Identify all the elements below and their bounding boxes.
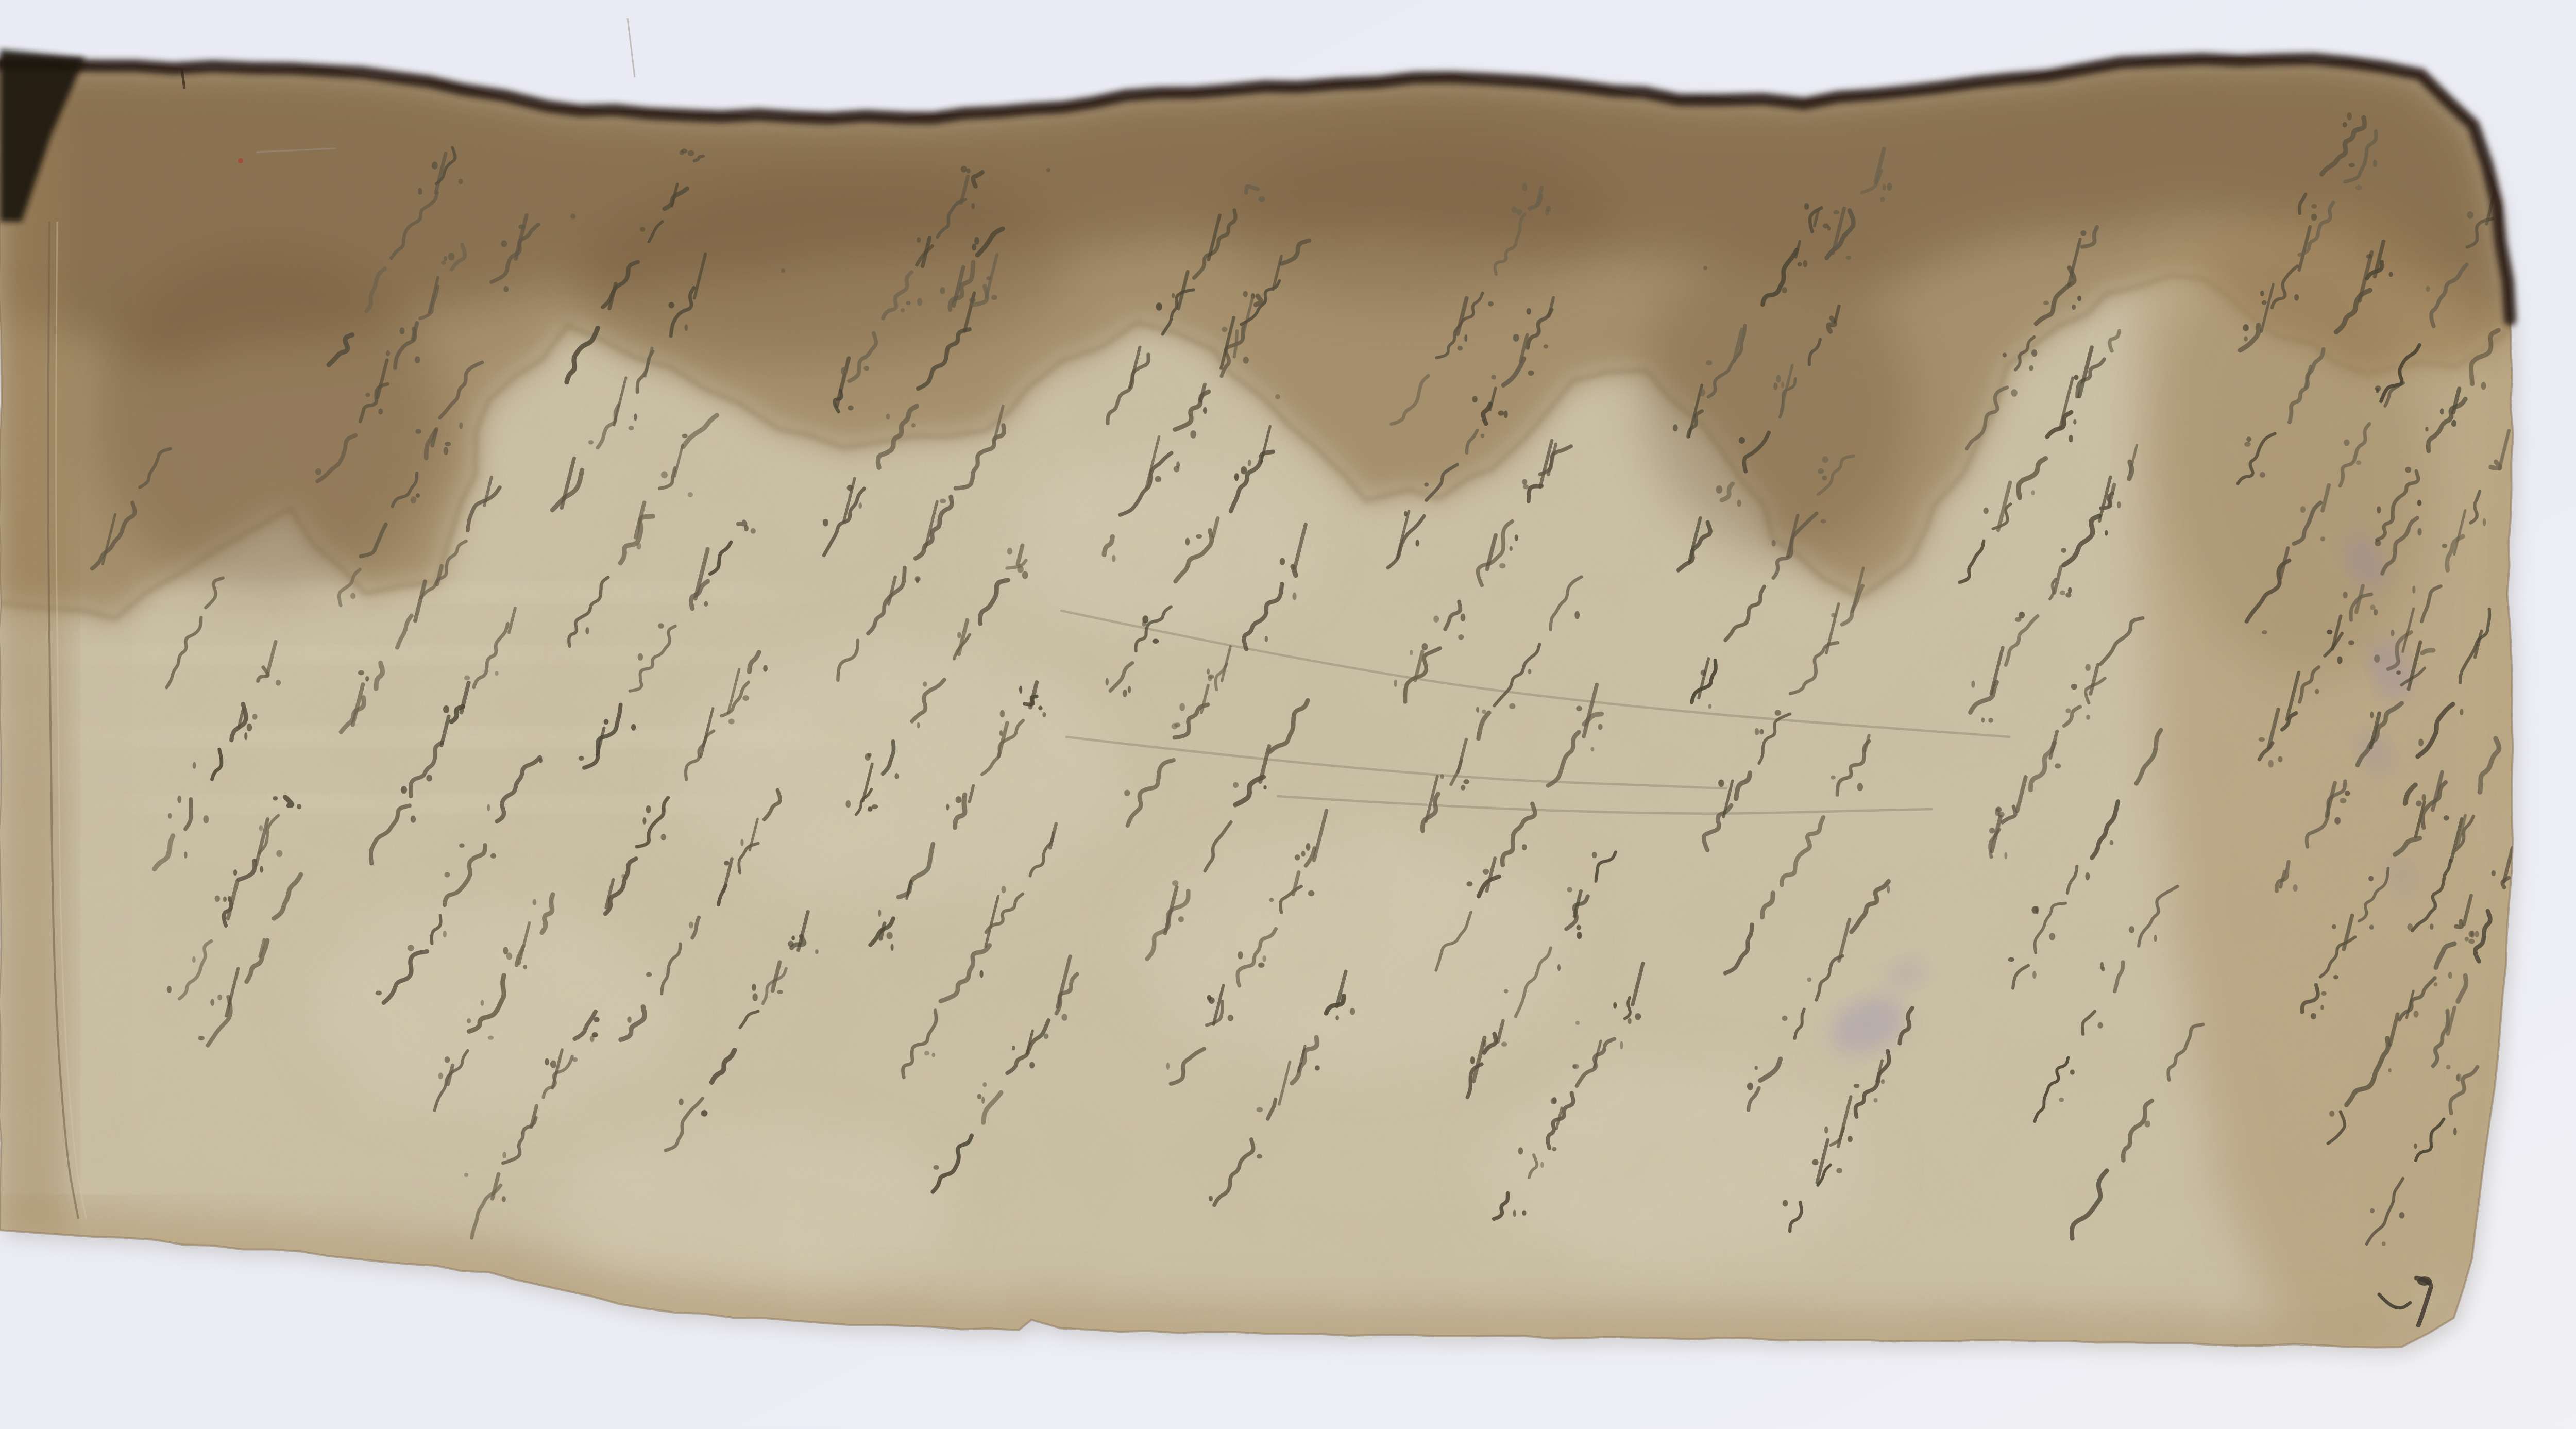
manuscript-scan-image: Scanned page of an aged handwritten manu… — [0, 0, 2576, 1429]
paper-grain-overlay — [0, 0, 2576, 1429]
page-content-clip — [0, 0, 2576, 1429]
manuscript-scan-page: Scanned page of an aged handwritten manu… — [0, 0, 2576, 1429]
